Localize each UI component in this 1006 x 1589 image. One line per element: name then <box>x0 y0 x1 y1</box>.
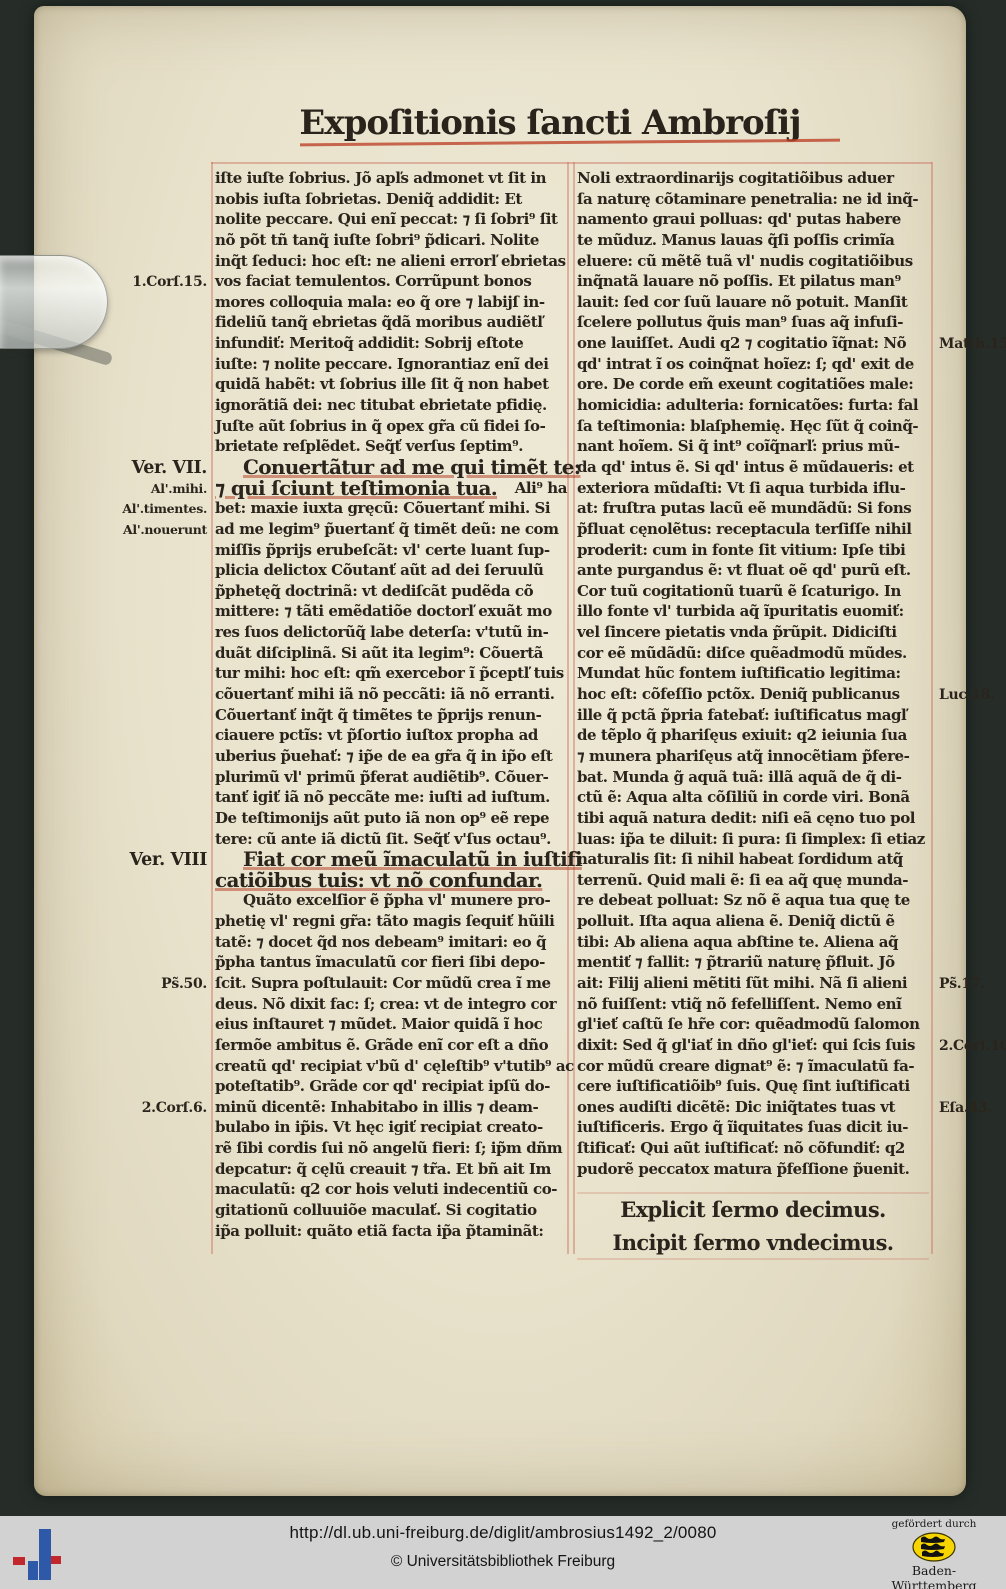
text-line: ille q̃ pctã p̃pria fatebať: iuſtificatu… <box>577 705 929 726</box>
text-line: bulabo in ip̃is. Vt hęc igiť recipiat cr… <box>215 1117 567 1138</box>
text-line-text: Cõuertanť inq̃t q̃ timẽtes te p̃prijs re… <box>215 706 541 724</box>
text-line: tanť igiť iã nõ peccãte me: iuſti ad iuſ… <box>215 787 567 808</box>
text-line: Noli extraordinarijs cogitatiõibus aduer <box>577 168 929 189</box>
text-line-text: Juſte aũt ſobrius in q̃ opex gr̃a cũ fid… <box>215 417 545 435</box>
text-line: ciauere pctĩs: vt p̃ſortio iuſtox propha… <box>215 725 567 746</box>
text-line: tibi aquã natura dedit: niſi eã cęno tuo… <box>577 808 929 829</box>
text-line-text: tibi aquã natura dedit: niſi eã cęno tuo… <box>577 809 915 827</box>
text-line: ſtificať: Qui aũt iuſtificať: nõ cõfundi… <box>577 1138 929 1159</box>
text-line-text: hoc eſt: cõfeſſio pctõx. Deniq̃ publican… <box>577 685 900 703</box>
margin-note: Luc.18. <box>939 685 995 706</box>
text-line-text: da qd' intus ẽ. Si qd' intus ẽ mũdaueris… <box>577 458 914 476</box>
text-line-text: minũ dicentẽ: Inhabitabo in illis ⁊ deam… <box>215 1098 538 1116</box>
text-line: ore. De corde em̃ exeunt cogitatiões mal… <box>577 374 929 395</box>
text-line-text: bet: maxie iuxta gręcũ: Cõuertanť mihi. … <box>215 499 550 517</box>
text-line: tur mihi: hoc eſt: qm̃ exercebor ĩ p̃cep… <box>215 663 567 684</box>
text-line-text: ante purgandus ẽ: vt fluat oẽ qd' purũ e… <box>577 561 911 579</box>
text-line-text: Cor tuũ cogitationũ tuarũ ẽ ſcaturigo. I… <box>577 582 901 600</box>
text-line-text: res ſuos delictorũq̃ labe deterſa: v'tut… <box>215 623 548 641</box>
text-line: vel ſincere pietatis vnda p̃rũpit. Didic… <box>577 622 929 643</box>
text-line-text: infundiť: Meritoq̃ addidit: Sobrij eſtot… <box>215 334 523 352</box>
text-line-text: nõ fuiſſent: vtiq̃ nõ fefelliſſent. Nemo… <box>577 995 901 1013</box>
text-line: p̃fluat cęnolẽtus: receptacula terſiſſe … <box>577 519 929 540</box>
text-line: De teſtimonijs aũt puto iã non op⁹ eẽ re… <box>215 808 567 829</box>
text-line: te mũduz. Manus lauas q̃ſi poſſis crimĩa <box>577 230 929 251</box>
text-line: p̃phetęq̃ doctrinã: vt dediſcãt pudẽda c… <box>215 581 567 602</box>
text-line: re debeat polluat: Sz nõ ẽ aqua tua quę … <box>577 890 929 911</box>
text-line-text: quidã habẽt: vt ſobrius ille ſit q̃ non … <box>215 375 549 393</box>
text-line-text: re debeat polluat: Sz nõ ẽ aqua tua quę … <box>577 891 910 909</box>
text-line: Ali⁹ ha⁊ qui ſciunt teſtimonia tua.Al'.m… <box>215 478 567 499</box>
text-line: ſa teſtimonia: blaſphemię. Hęc ſũt q̃ co… <box>577 416 929 437</box>
text-line: ctũ ẽ: Aqua alta cõſiliũ in corde viri. … <box>577 787 929 808</box>
footer-bar: http://dl.ub.uni-freiburg.de/diglit/ambr… <box>0 1516 1006 1589</box>
text-line: ſcit. Supra poſtulauit: Cor mũdũ crea ĩ … <box>215 973 567 994</box>
text-line: mittere: ⁊ tãti emẽdatiõe doctorľ exuãt … <box>215 601 567 622</box>
text-line-text: ore. De corde em̃ exeunt cogitatiões mal… <box>577 375 913 393</box>
text-line: dixit: Sed q̃ gl'iať in dño gl'ieť: qui … <box>577 1035 929 1056</box>
text-line-text: miſſis p̃prijs erubeſcãt: vl' certe luan… <box>215 541 550 559</box>
text-line-text: bulabo in ip̃is. Vt hęc igiť recipiat cr… <box>215 1118 543 1136</box>
text-line: proderit: cum in fonte ſit vitium: Ipſe … <box>577 540 929 561</box>
text-line-text: de tẽplo q̃ phariſęus exiuit: q2 ieiunia… <box>577 726 907 744</box>
text-line: p̃pha tantus ĩmaculatũ cor fieri ſibi de… <box>215 952 567 973</box>
explicit-line: Explicit ſermo decimus. <box>577 1193 929 1226</box>
text-line: miſſis p̃prijs erubeſcãt: vl' certe luan… <box>215 540 567 561</box>
text-line-text: nant hoĩem. Si q̃ int⁹ coĩq̃narľ: prius … <box>577 437 899 455</box>
text-line: cor mũdũ creare dignat⁹ ẽ: ⁊ ĩmaculatũ f… <box>577 1056 929 1077</box>
text-line-text: exteriora mũdaſti: Vt ſi aqua turbida if… <box>577 479 905 497</box>
text-line: fideliũ tanq̃ ebrietas q̃dã moribus audi… <box>215 312 567 333</box>
text-line: hoc eſt: cõfeſſio pctõx. Deniq̃ publican… <box>577 684 929 705</box>
text-line-text: nolite peccare. Qui enĩ peccat: ⁊ ſi ſob… <box>215 210 557 228</box>
explicit-block: Explicit ſermo decimus. Incipit ſermo vn… <box>577 1193 929 1259</box>
text-line: terrenũ. Quid mali ẽ: ſi ea aq̃ quę mund… <box>577 870 929 891</box>
incipit-line: Incipit ſermo vndecimus. <box>577 1226 929 1259</box>
text-line: lauit: ſed cor ſuũ lauare nõ potuit. Man… <box>577 292 929 313</box>
text-line-text: cere iuſtificatiõib⁹ ſuis. Quę ſint iuſt… <box>577 1077 910 1095</box>
text-line: gl'ieť caſtũ ſe hr̃e cor: quẽadmodũ ſalo… <box>577 1014 929 1035</box>
text-line: ad me legim⁹ p̃uertanť q̃ timẽt deũ: ne … <box>215 519 567 540</box>
text-line-text: mentiť ⁊ fallit: ⁊ p̃trariũ naturę p̃flu… <box>577 953 895 971</box>
text-line: res ſuos delictorũq̃ labe deterſa: v'tut… <box>215 622 567 643</box>
text-line-text: rẽ ſibi cordis ſui nõ angelũ fieri: ſ; i… <box>215 1139 562 1157</box>
ruling-line <box>567 162 569 1254</box>
margin-note: 1.Corſ.15. <box>132 272 207 293</box>
footer-copyright: © Universitätsbibliothek Freiburg <box>0 1553 1006 1571</box>
text-line-text: cor mũdũ creare dignat⁹ ẽ: ⁊ ĩmaculatũ f… <box>577 1057 914 1075</box>
text-line-text: plurimũ vl' primũ p̃ferat audiẽtib⁹. Cõu… <box>215 768 548 786</box>
ruling-line <box>573 162 575 1254</box>
text-line: cere iuſtificatiõib⁹ ſuis. Quę ſint iuſt… <box>577 1076 929 1097</box>
text-line-text: phetię vl' regni gr̃a: tãto magis ſequiť… <box>215 912 554 930</box>
text-line-text: eius inſtauret ⁊ mũdet. Maior quidã ĩ ho… <box>215 1015 542 1033</box>
text-line-text: ſcelere pollutus q̃uis man⁹ ſuas aq̃ inf… <box>577 313 903 331</box>
text-line: Mundat hũc fontem iuſtificatio legitima: <box>577 663 929 684</box>
text-line-text: homicidia: adulteria: fornicatões: furta… <box>577 396 918 414</box>
text-line-text: mores colloquia mala: eo q̃ ore ⁊ labijſ… <box>215 293 545 311</box>
text-line: infundiť: Meritoq̃ addidit: Sobrij eſtot… <box>215 333 567 354</box>
text-line-text: pudorẽ peccatox matura p̃feſſione p̃ueni… <box>577 1160 909 1178</box>
text-line-text: tur mihi: hoc eſt: qm̃ exercebor ĩ p̃cep… <box>215 664 564 682</box>
text-line: quidã habẽt: vt ſobrius ille ſit q̃ non … <box>215 374 567 395</box>
text-line: ones audiſti dicẽtẽ: Dic iniq̃tates tuas… <box>577 1097 929 1118</box>
text-line: iuſtificeris. Ergo q̃ ĩiquitates ſuas di… <box>577 1117 929 1138</box>
text-line: eius inſtauret ⁊ mũdet. Maior quidã ĩ ho… <box>215 1014 567 1035</box>
text-line-text: ſcit. Supra poſtulauit: Cor mũdũ crea ĩ … <box>215 974 551 992</box>
text-line: Quãto excelſior ẽ p̃pha vl' munere pro- <box>215 890 567 911</box>
text-line: gitationũ colluuiõe maculať. Si cogitati… <box>215 1200 567 1221</box>
ruling-line <box>931 162 933 1254</box>
text-line-text: ctũ ẽ: Aqua alta cõſiliũ in corde viri. … <box>577 788 910 806</box>
text-line: illo fonte vl' turbida aq̃ ĩpuritatis eu… <box>577 601 929 622</box>
text-line: ante purgandus ẽ: vt fluat oẽ qd' purũ e… <box>577 560 929 581</box>
text-line: qd' intrat ĩ os coinq̃nat hoĩez: ſ; qd' … <box>577 354 929 375</box>
text-line-text: uberius p̃uehať: ⁊ ip̃e de ea gr̃a q̃ in… <box>215 747 552 765</box>
margin-note: Ver. VII. <box>132 458 207 479</box>
text-line-text: ſermõe ambitus ẽ. Grãde enĩ cor eſt a dñ… <box>215 1036 548 1054</box>
text-line: nant hoĩem. Si q̃ int⁹ coĩq̃narľ: prius … <box>577 436 929 457</box>
text-line-text: qd' intrat ĩ os coinq̃nat hoĩez: ſ; qd' … <box>577 355 914 373</box>
text-line-text: gl'ieť caſtũ ſe hr̃e cor: quẽadmodũ ſalo… <box>577 1015 920 1033</box>
text-line: Fiat cor meũ ĩmaculatũ in iuſtifiVer. VI… <box>215 849 567 870</box>
text-column-right: Noli extraordinarijs cogitatiõibus aduer… <box>577 168 929 1259</box>
text-line: nolite peccare. Qui enĩ peccat: ⁊ ſi ſob… <box>215 209 567 230</box>
text-line-text: gitationũ colluuiõe maculať. Si cogitati… <box>215 1201 537 1219</box>
margin-note: Al'.timentes. <box>122 499 207 520</box>
text-line-text: ſtificať: Qui aũt iuſtificať: nõ cõfundi… <box>577 1139 905 1157</box>
funding-region: Baden-Württemberg <box>874 1563 994 1589</box>
footer-url: http://dl.ub.uni-freiburg.de/diglit/ambr… <box>0 1523 1006 1543</box>
text-line-text: eluere: cũ mẽtẽ tuã vl' nudis cogitatiõi… <box>577 252 913 270</box>
text-line-text: iſte iuſte ſobrius. Jõ apľs admonet vt ſ… <box>215 169 546 187</box>
text-line-text: vel ſincere pietatis vnda p̃rũpit. Didic… <box>577 623 897 641</box>
text-line-text: fideliũ tanq̃ ebrietas q̃dã moribus audi… <box>215 313 542 331</box>
margin-note: Matth.15. <box>939 334 1006 355</box>
funding-block: gefördert durch Baden-Württemberg <box>874 1517 994 1589</box>
text-line: naturalis ſit: ſi nihil habeat ſordidum … <box>577 849 929 870</box>
text-line: uberius p̃uehať: ⁊ ip̃e de ea gr̃a q̃ in… <box>215 746 567 767</box>
text-line-text: terrenũ. Quid mali ẽ: ſi ea aq̃ quę mund… <box>577 871 908 889</box>
text-line-text: tere: cũ ante iã dictũ ſit. Seq̃ť v'ſus … <box>215 830 551 848</box>
text-line: exteriora mũdaſti: Vt ſi aqua turbida if… <box>577 478 929 499</box>
text-line-text: Mundat hũc fontem iuſtificatio legitima: <box>577 664 901 682</box>
text-line-text: inq̃natã lauare nõ poſſis. Et pilatus ma… <box>577 272 901 290</box>
text-line-text: vos faciat temulentos. Corrũpunt bonos <box>215 272 531 290</box>
text-line: ſa naturę cõtaminare penetralia: ne id i… <box>577 189 929 210</box>
text-line-tail: Ali⁹ ha <box>515 478 567 499</box>
text-line: Cõuertanť inq̃t q̃ timẽtes te p̃prijs re… <box>215 705 567 726</box>
text-line: vos faciat temulentos. Corrũpunt bonos1.… <box>215 271 567 292</box>
margin-note: Eſa.43. <box>939 1098 992 1119</box>
text-line: tere: cũ ante iã dictũ ſit. Seq̃ť v'ſus … <box>215 829 567 850</box>
text-line-text: ⁊ qui ſciunt teſtimonia tua. <box>215 476 497 500</box>
margin-note: 2.Corſ.10. <box>939 1036 1006 1057</box>
text-line: plicia delictox Cõutanť aũt ad dei ſeruu… <box>215 560 567 581</box>
text-line: ſcelere pollutus q̃uis man⁹ ſuas aq̃ inf… <box>577 312 929 333</box>
page-title-text: Expoſitionis ſancti Ambroſij <box>299 103 800 143</box>
text-line: at: fruſtra putas lacũ eẽ mundãdũ: Si fo… <box>577 498 929 519</box>
funding-label: gefördert durch <box>874 1517 994 1531</box>
text-line-text: ad me legim⁹ p̃uertanť q̃ timẽt deũ: ne … <box>215 520 559 538</box>
text-line: mores colloquia mala: eo q̃ ore ⁊ labijſ… <box>215 292 567 313</box>
margin-note: Al'.nouerunt <box>123 520 207 541</box>
page-holder-clip <box>0 255 108 349</box>
text-line-text: ones audiſti dicẽtẽ: Dic iniq̃tates tuas… <box>577 1098 895 1116</box>
text-line: polluit. Iſta aqua aliena ẽ. Deniq̃ dict… <box>577 911 929 932</box>
text-line: catiõibus tuis: vt nõ confundar. <box>215 870 567 891</box>
baden-wuerttemberg-coat-of-arms-icon <box>911 1531 957 1563</box>
text-line-text: plicia delictox Cõutanť aũt ad dei ſeruu… <box>215 561 543 579</box>
text-line-text: naturalis ſit: ſi nihil habeat ſordidum … <box>577 850 903 868</box>
text-line: bat. Munda g̃ aquã tuã: illã aquã de q̃ … <box>577 767 929 788</box>
text-line: ſermõe ambitus ẽ. Grãde enĩ cor eſt a dñ… <box>215 1035 567 1056</box>
text-line-text: proderit: cum in fonte ſit vitium: Ipſe … <box>577 541 905 559</box>
text-line-text: mittere: ⁊ tãti emẽdatiõe doctorľ exuãt … <box>215 602 552 620</box>
text-line: cor eẽ mũdãdũ: diſce quẽadmodũ mũdes. <box>577 643 929 664</box>
page-title: Expoſitionis ſancti Ambroſij <box>230 100 870 146</box>
text-line-text: ſa naturę cõtaminare penetralia: ne id i… <box>577 190 918 208</box>
text-line-text: p̃fluat cęnolẽtus: receptacula terſiſſe … <box>577 520 912 538</box>
text-line-text: De teſtimonijs aũt puto iã non op⁹ eẽ re… <box>215 809 549 827</box>
text-column-left: iſte iuſte ſobrius. Jõ apľs admonet vt ſ… <box>215 168 567 1241</box>
text-line-text: cor eẽ mũdãdũ: diſce quẽadmodũ mũdes. <box>577 644 907 662</box>
text-line-text: p̃pha tantus ĩmaculatũ cor fieri ſibi de… <box>215 953 545 971</box>
ruling-line <box>211 162 213 1254</box>
text-line-text: duãt diſciplinã. Si aũt ita legim⁹: Cõue… <box>215 644 543 662</box>
text-line-text: one lauiſſet. Audi q2 ⁊ cogitatio ĩq̃nat… <box>577 334 906 352</box>
text-line: duãt diſciplinã. Si aũt ita legim⁹: Cõue… <box>215 643 567 664</box>
text-column-right-lines: Noli extraordinarijs cogitatiõibus aduer… <box>577 168 929 1179</box>
text-line-text: illo fonte vl' turbida aq̃ ĩpuritatis eu… <box>577 602 904 620</box>
text-line: de tẽplo q̃ phariſęus exiuit: q2 ieiunia… <box>577 725 929 746</box>
text-line: homicidia: adulteria: fornicatões: furta… <box>577 395 929 416</box>
text-line: maculatũ: q2 cor hois veluti indecentiũ … <box>215 1179 567 1200</box>
text-line: ait: Filij alieni mẽtiti ſũt mihi. Nã ſi… <box>577 973 929 994</box>
text-line: ⁊ munera phariſęus atq̃ innocẽtiam p̃fer… <box>577 746 929 767</box>
text-line: Juſte aũt ſobrius in q̃ opex gr̃a cũ fid… <box>215 416 567 437</box>
text-line: one lauiſſet. Audi q2 ⁊ cogitatio ĩq̃nat… <box>577 333 929 354</box>
scanner-background: Expoſitionis ſancti Ambroſij iſte iuſte … <box>0 0 1006 1589</box>
text-line: phetię vl' regni gr̃a: tãto magis ſequiť… <box>215 911 567 932</box>
text-line: depcatur: q̃ cęlũ creauit ⁊ tr̃a. Et bñ … <box>215 1159 567 1180</box>
text-line-text: catiõibus tuis: vt nõ confundar. <box>215 868 542 892</box>
text-line-text: nobis iuſta ſobrietas. Deniq̃ addidit: E… <box>215 190 522 208</box>
text-line-text: deus. Nõ dixit fac: ſ; crea: vt de integ… <box>215 995 556 1013</box>
text-line-text: tatẽ: ⁊ docet q̃d nos debeam⁹ imitari: e… <box>215 933 546 951</box>
text-line-text: maculatũ: q2 cor hois veluti indecentiũ … <box>215 1180 557 1198</box>
margin-note: Ps̃.50. <box>161 974 207 995</box>
text-line: inq̃natã lauare nõ poſſis. Et pilatus ma… <box>577 271 929 292</box>
text-line: nobis iuſta ſobrietas. Deniq̃ addidit: E… <box>215 189 567 210</box>
text-line-text: poteſtatib⁹. Grãde cor qd' recipiat ipſũ… <box>215 1077 550 1095</box>
text-line-text: ip̃a polluit: quãto etiã facta ip̃a p̃ta… <box>215 1222 543 1240</box>
text-line: eluere: cũ mẽtẽ tuã vl' nudis cogitatiõi… <box>577 251 929 272</box>
text-line: poteſtatib⁹. Grãde cor qd' recipiat ipſũ… <box>215 1076 567 1097</box>
text-line: deus. Nõ dixit fac: ſ; crea: vt de integ… <box>215 994 567 1015</box>
margin-note: Ver. VIII <box>130 850 207 871</box>
text-line-text: p̃phetęq̃ doctrinã: vt dediſcãt pudẽda c… <box>215 582 533 600</box>
text-line-text: nõ põt tñ tanq̃ iuſte ſobri⁹ p̃dicari. N… <box>215 231 539 249</box>
text-line-text: inq̃t ſeduci: hoc eſt: ne alieni errorľ … <box>215 252 566 270</box>
text-line: ignorãtiã dei: nec titubat ebrietate pfi… <box>215 395 567 416</box>
text-line-text: tibi: Ab aliena aqua abſtine te. Aliena … <box>577 933 898 951</box>
text-line-text: luas: ip̃a te diluit: ſi pura: ſi ſimple… <box>577 830 925 848</box>
margin-note: Ps̃.17. <box>939 974 985 995</box>
margin-note: Al'.mihi. <box>151 479 207 500</box>
text-line: nõ fuiſſent: vtiq̃ nõ fefelliſſent. Nemo… <box>577 994 929 1015</box>
margin-note: 2.Corſ.6. <box>142 1098 207 1119</box>
text-line: brietate reſplẽdet. Seq̃ť verſus ſeptim⁹… <box>215 436 567 457</box>
text-line: cõuertanť mihi iã nõ peccãti: iã nõ erra… <box>215 684 567 705</box>
text-line: iſte iuſte ſobrius. Jõ apľs admonet vt ſ… <box>215 168 567 189</box>
text-line: iuſte: ⁊ nolite peccare. Ignorantiaz enĩ… <box>215 354 567 375</box>
text-line: creatũ qd' recipiat v'bũ d' cęleſtib⁹ v'… <box>215 1056 567 1077</box>
text-line-text: dixit: Sed q̃ gl'iať in dño gl'ieť: qui … <box>577 1036 915 1054</box>
text-line-text: ait: Filij alieni mẽtiti ſũt mihi. Nã ſi… <box>577 974 907 992</box>
text-line: da qd' intus ẽ. Si qd' intus ẽ mũdaueris… <box>577 457 929 478</box>
text-line-text: lauit: ſed cor ſuũ lauare nõ potuit. Man… <box>577 293 907 311</box>
text-line-text: Noli extraordinarijs cogitatiõibus aduer <box>577 169 894 187</box>
text-line-text: ignorãtiã dei: nec titubat ebrietate pfi… <box>215 396 547 414</box>
text-line-text: cõuertanť mihi iã nõ peccãti: iã nõ erra… <box>215 685 555 703</box>
text-line-text: Quãto excelſior ẽ p̃pha vl' munere pro- <box>215 891 550 909</box>
text-line: mentiť ⁊ fallit: ⁊ p̃trariũ naturę p̃flu… <box>577 952 929 973</box>
text-line: plurimũ vl' primũ p̃ferat audiẽtib⁹. Cõu… <box>215 767 567 788</box>
text-line: rẽ ſibi cordis ſui nõ angelũ fieri: ſ; i… <box>215 1138 567 1159</box>
text-line: Conuertãtur ad me qui timẽt te:Ver. VII. <box>215 457 567 478</box>
text-line-text: te mũduz. Manus lauas q̃ſi poſſis crimĩa <box>577 231 894 249</box>
text-line: tatẽ: ⁊ docet q̃d nos debeam⁹ imitari: e… <box>215 932 567 953</box>
text-line-text: ciauere pctĩs: vt p̃ſortio iuſtox propha… <box>215 726 538 744</box>
text-line: bet: maxie iuxta gręcũ: Cõuertanť mihi. … <box>215 498 567 519</box>
text-line-text: brietate reſplẽdet. Seq̃ť verſus ſeptim⁹… <box>215 437 523 455</box>
text-line-text: depcatur: q̃ cęlũ creauit ⁊ tr̃a. Et bñ … <box>215 1160 551 1178</box>
text-line: namento graui polluas: qd' putas habere <box>577 209 929 230</box>
text-line: ip̃a polluit: quãto etiã facta ip̃a p̃ta… <box>215 1221 567 1242</box>
text-line: inq̃t ſeduci: hoc eſt: ne alieni errorľ … <box>215 251 567 272</box>
text-line-text: ille q̃ pctã p̃pria fatebať: iuſtificatu… <box>577 706 906 724</box>
text-line-text: ⁊ munera phariſęus atq̃ innocẽtiam p̃fer… <box>577 747 909 765</box>
ruling-line <box>211 162 932 164</box>
text-line: minũ dicentẽ: Inhabitabo in illis ⁊ deam… <box>215 1097 567 1118</box>
text-line-text: ſa teſtimonia: blaſphemię. Hęc ſũt q̃ co… <box>577 417 918 435</box>
text-line-text: polluit. Iſta aqua aliena ẽ. Deniq̃ dict… <box>577 912 895 930</box>
text-line: nõ põt tñ tanq̃ iuſte ſobri⁹ p̃dicari. N… <box>215 230 567 251</box>
text-line-text: tanť igiť iã nõ peccãte me: iuſti ad iuſ… <box>215 788 550 806</box>
text-line-text: namento graui polluas: qd' putas habere <box>577 210 901 228</box>
text-line: luas: ip̃a te diluit: ſi pura: ſi ſimple… <box>577 829 929 850</box>
text-line-text: iuſtificeris. Ergo q̃ ĩiquitates ſuas di… <box>577 1118 908 1136</box>
text-line-text: iuſte: ⁊ nolite peccare. Ignorantiaz enĩ… <box>215 355 548 373</box>
text-line-text: bat. Munda g̃ aquã tuã: illã aquã de q̃ … <box>577 768 902 786</box>
text-line-text: creatũ qd' recipiat v'bũ d' cęleſtib⁹ v'… <box>215 1057 574 1075</box>
text-line: Cor tuũ cogitationũ tuarũ ẽ ſcaturigo. I… <box>577 581 929 602</box>
text-line: tibi: Ab aliena aqua abſtine te. Aliena … <box>577 932 929 953</box>
book-page: Expoſitionis ſancti Ambroſij iſte iuſte … <box>34 6 966 1496</box>
text-line-text: at: fruſtra putas lacũ eẽ mundãdũ: Si fo… <box>577 499 911 517</box>
text-line: pudorẽ peccatox matura p̃feſſione p̃ueni… <box>577 1159 929 1180</box>
